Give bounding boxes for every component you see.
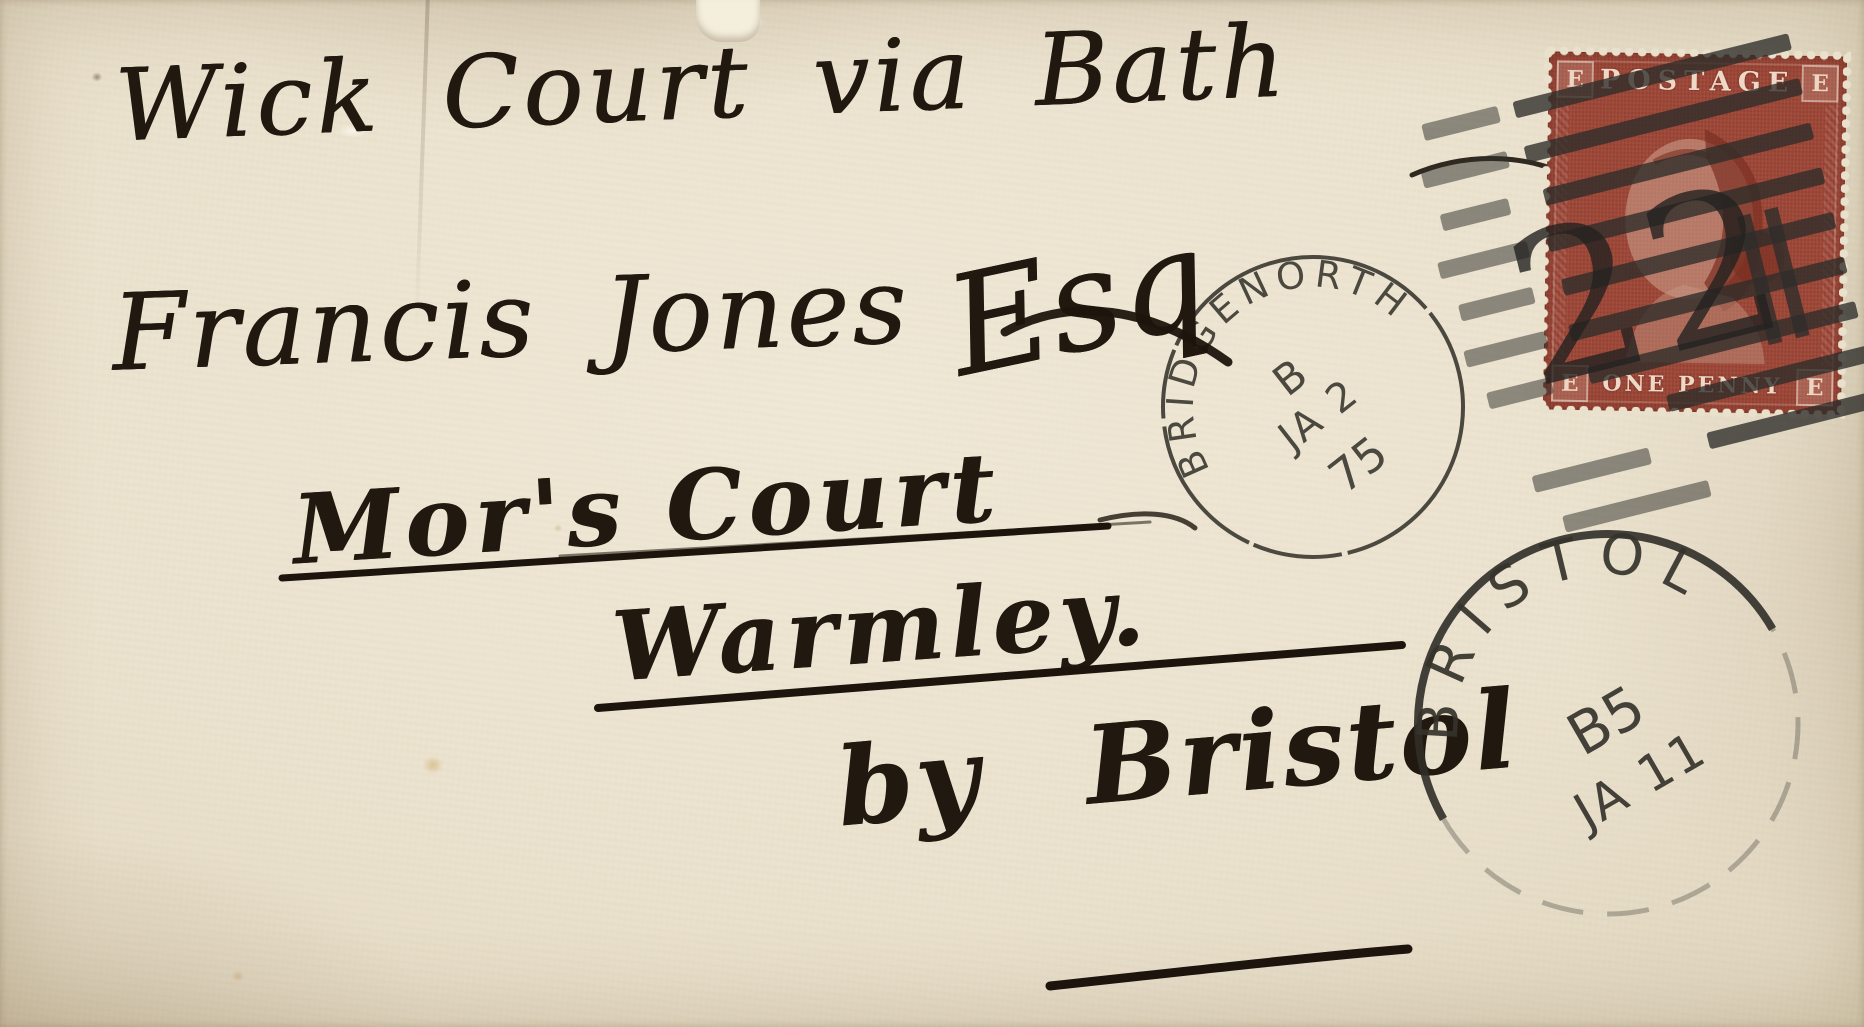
envelope-photo: BRIDGENORTH B JA 2 75 BRISTOL B5 JA 11 W… xyxy=(0,0,1864,1027)
duplex-killer-cancel: 22 xyxy=(1340,16,1864,596)
killer-numeral-text: 22 xyxy=(1487,136,1811,435)
